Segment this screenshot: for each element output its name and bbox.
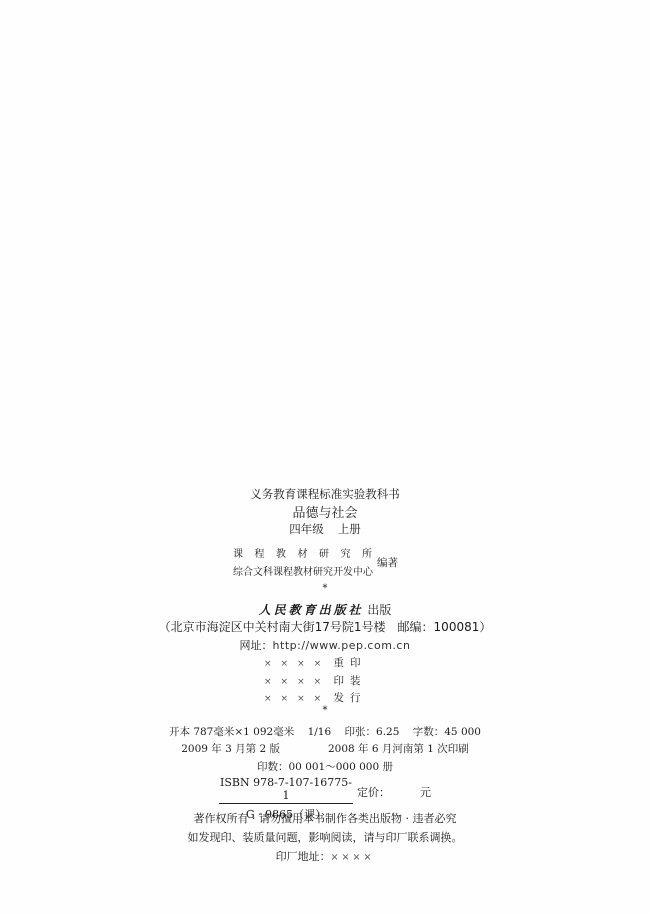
series-title: 义务教育课程标准实验教科书 [0, 486, 650, 502]
isbn: ISBN 978-7-107-16775-1 [219, 776, 353, 803]
role-binding: ×××× 印装 [264, 673, 367, 688]
editor-1: 课程教材研究所 [233, 545, 384, 560]
price-unit: 元 [420, 786, 431, 799]
separator-star: * [0, 583, 650, 594]
editions-line: 2009 年 3 月第 2 版2008 年 6 月河南第 1 次印刷 [0, 741, 650, 756]
publisher-suffix: 出版 [367, 603, 391, 617]
price-label: 定价： [357, 786, 390, 799]
role-label: 印装 [334, 675, 367, 687]
editors-block: 课程教材研究所 综合文科课程教材研究开发中心 [233, 545, 384, 578]
words-spec: 字数：45 000 [413, 726, 481, 738]
publisher-line: 人民教育出版社 出版 [0, 601, 650, 618]
specs-line: 开本 787毫米×1 092毫米 1/16 印张：6.25 字数：45 000 [0, 724, 650, 739]
factory-label: 印厂地址： [276, 850, 331, 863]
publisher-logo: 人民教育出版社 [259, 603, 364, 617]
editor-2: 综合文科课程教材研究开发中心 [233, 563, 384, 578]
role-distribution: ×××× 发行 [264, 690, 367, 705]
printing-info: 2008 年 6 月河南第 1 次印刷 [328, 743, 469, 755]
fraction-spec: 1/16 [308, 726, 332, 738]
role-reprint: ×××× 重印 [264, 655, 367, 670]
grade-label: 四年级 [289, 522, 324, 536]
book-title: 品德与社会 [0, 502, 650, 521]
role-label: 发行 [334, 692, 367, 704]
price-line: 定价：元 [357, 784, 431, 800]
format-spec: 开本 787毫米×1 092毫米 [169, 726, 294, 738]
separator-star: * [0, 705, 650, 716]
role-placeholder: ×××× [264, 694, 330, 704]
factory-address: ×××× [331, 852, 375, 863]
website-line: 网址：http://www.pep.com.cn [0, 637, 650, 653]
role-label: 重印 [334, 657, 367, 669]
volume-label: 上册 [338, 522, 361, 536]
role-placeholder: ×××× [264, 677, 330, 687]
grade-volume: 四年级上册 [0, 521, 650, 537]
copyright-notice: 著作权所有 · 请勿擅用本书制作各类出版物 · 违者必究 [0, 810, 650, 826]
factory-address-line: 印厂地址：×××× [0, 848, 650, 864]
website-label: 网址： [240, 639, 273, 652]
editor-role: 编著 [377, 555, 398, 570]
publisher-address: （北京市海淀区中关村南大街17号院1号楼 邮编：100081） [0, 618, 650, 635]
sheets-spec: 印张：6.25 [345, 726, 400, 738]
role-placeholder: ×××× [264, 659, 330, 669]
website-link[interactable]: http://www.pep.com.cn [273, 639, 411, 652]
print-count: 印数：00 001～000 000 册 [0, 759, 650, 774]
copyright-page: 义务教育课程标准实验教科书 品德与社会 四年级上册 课程教材研究所 综合文科课程… [0, 0, 650, 913]
edition-info: 2009 年 3 月第 2 版 [181, 743, 280, 755]
quality-notice: 如发现印、装质量问题，影响阅读，请与印厂联系调换。 [0, 829, 650, 845]
